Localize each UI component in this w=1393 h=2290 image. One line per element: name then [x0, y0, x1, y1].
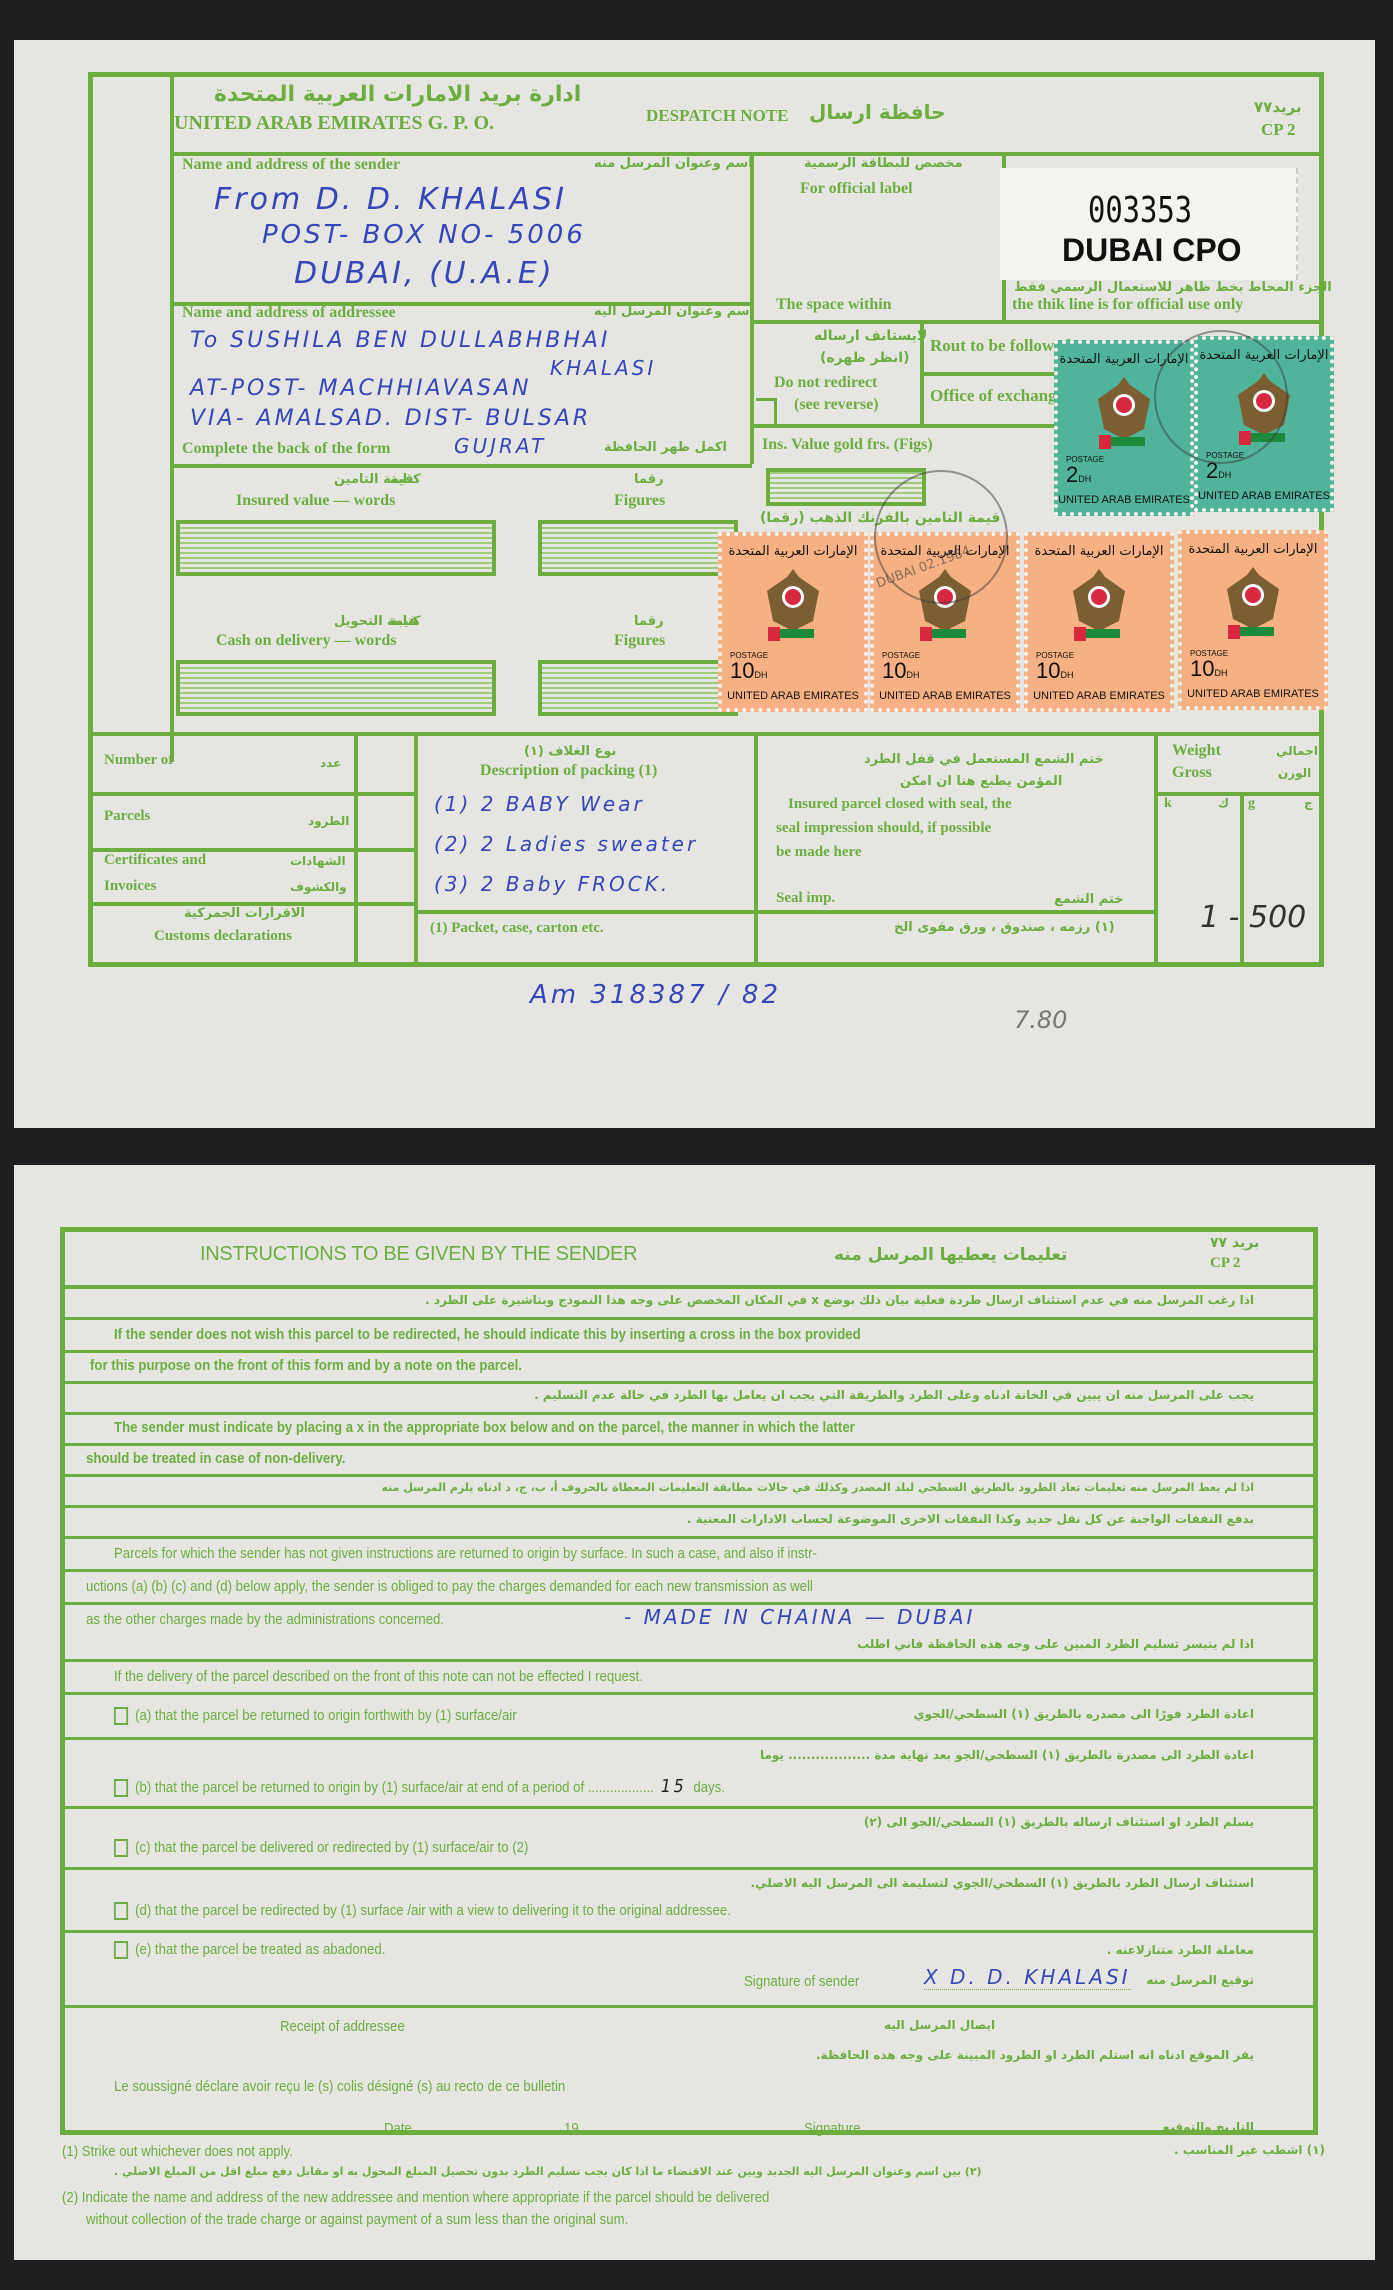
weight-arabic: اجمالي: [1276, 744, 1318, 758]
packing-footnote: (1) Packet, case, carton etc.: [430, 920, 604, 937]
official-label-title: For official label: [800, 180, 913, 198]
space-within-label: The space within: [776, 296, 892, 314]
see-reverse-note: (see reverse): [794, 396, 879, 414]
receipt-declaration-arabic: يقر الموقع ادناه انه استلم الطرد او الطر…: [816, 2048, 1254, 2062]
back-form-code-arabic: بريد ٧٧: [1210, 1235, 1259, 1251]
g-arabic: ج: [1304, 796, 1313, 810]
addressee-divider: [170, 464, 752, 468]
option-e[interactable]: (e) that the parcel be treated as abadon…: [64, 1933, 1314, 2008]
do-not-redirect-label: Do not redirect: [774, 374, 877, 392]
complete-back-arabic: اكمل ظهر الحافظة: [604, 440, 727, 455]
handwritten-note: - MADE IN CHAINA — DUBAI: [624, 1605, 975, 1629]
number-of-label: Number of: [104, 752, 173, 769]
packing-footnote-arabic: (١) رزمه ، صندوق ، ورق مقوى الخ: [894, 920, 1115, 935]
instruction-row: اذا لم يعط المرسل منه تعليمات تعاد الطرو…: [64, 1477, 1314, 1508]
cod-words-field[interactable]: [176, 660, 496, 716]
stamp-10dh-4: الإمارات العربية المتحدة POSTAGE 10DH UN…: [1178, 530, 1328, 710]
pencil-annotation: 7.80: [1014, 1006, 1067, 1034]
date-signature-arabic: التاريخ والتوقيع: [1162, 2120, 1254, 2134]
signature-label[interactable]: Signature ..............................…: [804, 2120, 978, 2137]
request-arabic-row: اذا لم يتيسر تسليم الطرد المبين على وجه …: [64, 1635, 1314, 1662]
parcels-arabic: الطرود: [308, 814, 349, 828]
form-code-arabic: بريد٧٧: [1254, 98, 1302, 116]
registration-office: DUBAI CPO: [1062, 232, 1242, 269]
office-exchange-label: Office of exchange: [930, 386, 1064, 406]
kg-label: k: [1164, 796, 1172, 812]
route-label: Rout to be followed: [930, 336, 1071, 356]
left-margin-line: [170, 76, 174, 762]
official-divider: [752, 320, 1320, 324]
despatch-note-front: ادارة بريد الامارات العربية المتحدة UNIT…: [14, 40, 1375, 1128]
official-use-arabic: الجزء المحاط بخط ظاهر للاستعمال الرسمي ف…: [1014, 280, 1332, 295]
addressee-label: Name and address of addressee: [182, 304, 396, 322]
sender-label-arabic: اسم وعنوان المرسل منه: [594, 156, 753, 171]
insured-value-words-label: Insured value — words: [236, 492, 395, 510]
cod-figures-arabic: رقما: [634, 614, 664, 629]
receipt-arabic: ايصال المرسل اليه: [884, 2018, 995, 2032]
packing-arabic: نوع الغلاف (١): [524, 744, 616, 759]
g-label: g: [1248, 796, 1255, 812]
seal-line-2: seal impression should, if possible: [776, 820, 991, 837]
back-form-code: CP 2: [1210, 1255, 1240, 1272]
parcels-label: Parcels: [104, 808, 150, 825]
cod-figures-label: Figures: [614, 632, 665, 650]
addressee-line-3: AT-POST- MACHHIAVASAN: [190, 376, 531, 401]
instruction-row: uctions (a) (b) (c) and (d) below apply,…: [64, 1572, 1314, 1605]
reference-annotation: Am 318387 / 82: [530, 980, 781, 1010]
signature-sender-label: Signature of sender: [744, 1973, 859, 1990]
table-row-1: [92, 792, 416, 796]
registration-number: 003353: [1088, 190, 1192, 231]
days-value: 15: [661, 1776, 686, 1797]
back-title: INSTRUCTIONS TO BE GIVEN BY THE SENDER: [200, 1243, 637, 1266]
packing-item-2: (2) 2 Ladies sweater: [434, 832, 698, 856]
sender-line-1: From D. D. KHALASI: [214, 182, 567, 217]
packing-item-3: (3) 2 Baby FROCK.: [434, 872, 670, 896]
option-a[interactable]: (a) that the parcel be returned to origi…: [64, 1695, 1314, 1740]
weight-value: 1 - 500: [1200, 900, 1306, 935]
insured-figures-label: Figures: [614, 492, 665, 510]
official-label-arabic: مخصص للبطاقة الرسمية: [804, 156, 963, 171]
addressee-state: GUJRAT: [454, 434, 546, 458]
seal-line-1: Insured parcel closed with seal, the: [788, 796, 1012, 813]
footnote-1-arabic: (١) اشطب غير المناسب .: [1174, 2143, 1325, 2157]
instruction-row: اذا رغب المرسل منه في عدم استئناف ارسال …: [64, 1289, 1314, 1320]
eagle-emblem-icon: [1222, 565, 1284, 643]
receipt-label: Receipt of addressee: [280, 2018, 405, 2035]
table-top-divider: [92, 732, 1320, 736]
date-label: Date: [384, 2120, 412, 2137]
kg-arabic: ك: [1218, 796, 1229, 810]
addressee-line-1: To SUSHILA BEN DULLABHBHAI: [190, 328, 610, 353]
registration-label: 003353 DUBAI CPO: [1000, 168, 1298, 280]
ins-value-label: Ins. Value gold frs. (Figs): [762, 436, 933, 454]
option-b-checkbox[interactable]: [114, 1779, 128, 1797]
gross-label: Gross: [1172, 764, 1212, 782]
option-c[interactable]: يسلم الطرد او استئناف ارساله بالطريق (١)…: [64, 1809, 1314, 1870]
instruction-row: بدفع النفقات الواجبة عن كل نقل جديد وكذا…: [64, 1508, 1314, 1539]
despatch-note-arabic: حافظة ارسال: [809, 100, 946, 124]
receipt-section: Receipt of addressee ايصال المرسل اليه ي…: [64, 2008, 1314, 2158]
sender-line-3: DUBAI, (U.A.E): [294, 256, 555, 291]
seal-imp-arabic: ختم الشمع: [1054, 892, 1124, 907]
despatch-note-label: DESPATCH NOTE: [646, 106, 788, 126]
option-b[interactable]: اعادة الطرد الى مصدرة بالطريق (١) السطحي…: [64, 1740, 1314, 1809]
addressee-label-arabic: اسم وعنوان المرسل اليه: [594, 304, 754, 319]
eagle-emblem-icon: [1068, 567, 1130, 645]
customs-arabic: الاقرارات الجمركية: [184, 906, 305, 921]
redirect-arabic: لايستانف ارساله: [814, 328, 927, 344]
postmark-2: [1154, 330, 1288, 464]
footnote-1: (1) Strike out whichever does not apply.: [62, 2143, 293, 2160]
eagle-emblem-icon: [762, 567, 824, 645]
footnote-2-arabic: (٢) بين اسم وعنوان المرسل اليه الجديد وب…: [114, 2165, 982, 2178]
customs-label: Customs declarations: [154, 928, 292, 945]
instructions-list: اذا رغب المرسل منه في عدم استئناف ارسال …: [64, 1289, 1314, 2158]
instruction-row: يجب على المرسل منه ان يبين في الخانة ادن…: [64, 1384, 1314, 1415]
do-not-redirect-checkbox[interactable]: [756, 398, 777, 427]
stamp-10dh-3: الإمارات العربية المتحدة POSTAGE 10DH UN…: [1024, 532, 1174, 712]
footnote-2: (2) Indicate the name and address of the…: [62, 2189, 769, 2206]
official-use-label: the thik line is for official use only: [1012, 296, 1243, 314]
request-row: If the delivery of the parcel described …: [64, 1662, 1314, 1695]
eagle-emblem-icon: [1093, 375, 1155, 453]
weight-divider: [1156, 792, 1320, 796]
instruction-row: The sender must indicate by placing a x …: [64, 1415, 1314, 1446]
stamp-10dh-1: الإمارات العربية المتحدة POSTAGE 10DH UN…: [718, 532, 868, 712]
instruction-row: Parcels for which the sender has not giv…: [64, 1539, 1314, 1572]
weight-col-divider: [1240, 794, 1244, 964]
insured-figures-arabic: رقما: [634, 472, 664, 487]
instruction-row: as the other charges made by the adminis…: [64, 1605, 1314, 1635]
certificates-label: Certificates and: [104, 852, 206, 869]
insured-value-figures-field[interactable]: [538, 520, 738, 576]
sender-label: Name and address of the sender: [182, 156, 400, 174]
instruction-row: If the sender does not wish this parcel …: [64, 1320, 1314, 1353]
year-label: 19: [564, 2120, 579, 2137]
packing-divider: [416, 910, 1156, 914]
back-title-arabic: تعليمات يعطيها المرسل منه: [834, 1245, 1067, 1265]
header-title: UNITED ARAB EMIRATES G. P. O.: [174, 112, 494, 135]
option-d[interactable]: استئناف ارسال الطرد بالطريق (١) السطحي/ا…: [64, 1870, 1314, 1933]
receipt-declaration: Le soussigné déclare avoir reçu le (s) c…: [114, 2078, 565, 2095]
seal-arabic-2: المؤمن يطبع هنا ان امكن: [900, 774, 1062, 789]
invoices-label: Invoices: [104, 878, 157, 895]
invoices-arabic: والكشوف: [290, 880, 347, 894]
form-code: CP 2: [1261, 120, 1295, 140]
insured-value-words-field[interactable]: [176, 520, 496, 576]
seal-arabic-1: ختم الشمع المستعمل في قفل الطرد: [864, 752, 1104, 767]
addressee-line-2: KHALASI: [550, 356, 656, 380]
header-arabic-title: ادارة بريد الامارات العربية المتحدة: [214, 82, 581, 107]
cod-figures-field[interactable]: [538, 660, 738, 716]
insured-words-arabic-2: كتابة: [390, 472, 421, 487]
instruction-row: should be treated in case of non-deliver…: [64, 1446, 1314, 1477]
gross-arabic: الوزن: [1278, 766, 1311, 780]
weight-label: Weight: [1172, 742, 1221, 760]
sender-right-line: [750, 152, 754, 464]
redirect-note-arabic: (انظر ظهره): [820, 350, 909, 366]
option-a-checkbox[interactable]: [114, 1707, 128, 1725]
option-d-checkbox[interactable]: [114, 1902, 128, 1920]
instruction-row: for this purpose on the front of this fo…: [64, 1353, 1314, 1384]
packing-label: Description of packing (1): [480, 762, 657, 780]
sender-line-2: POST- BOX NO- 5006: [262, 220, 586, 250]
certificates-arabic: الشهادات: [290, 854, 346, 868]
cod-words-arabic-2: كتابة: [390, 614, 421, 629]
number-of-arabic: عدد: [320, 756, 341, 770]
complete-back-label: Complete the back of the form: [182, 440, 390, 458]
option-e-checkbox[interactable]: [114, 1941, 128, 1959]
table-col-4: [1154, 734, 1158, 964]
option-c-checkbox[interactable]: [114, 1839, 128, 1857]
seal-line-3: be made here: [776, 844, 862, 861]
table-col-3: [754, 734, 758, 964]
signature-sender-value[interactable]: X D. D. KHALASI: [924, 1965, 1131, 1990]
despatch-note-back: INSTRUCTIONS TO BE GIVEN BY THE SENDER ت…: [14, 1165, 1375, 2260]
addressee-line-4: VIA- AMALSAD. DIST- BULSAR: [190, 406, 591, 431]
footnote-2-cont: without collection of the trade charge o…: [86, 2211, 628, 2228]
packing-item-1: (1) 2 BABY Wear: [434, 792, 645, 816]
seal-imp-label: Seal imp.: [776, 890, 835, 907]
cod-words-label: Cash on delivery — words: [216, 632, 396, 650]
